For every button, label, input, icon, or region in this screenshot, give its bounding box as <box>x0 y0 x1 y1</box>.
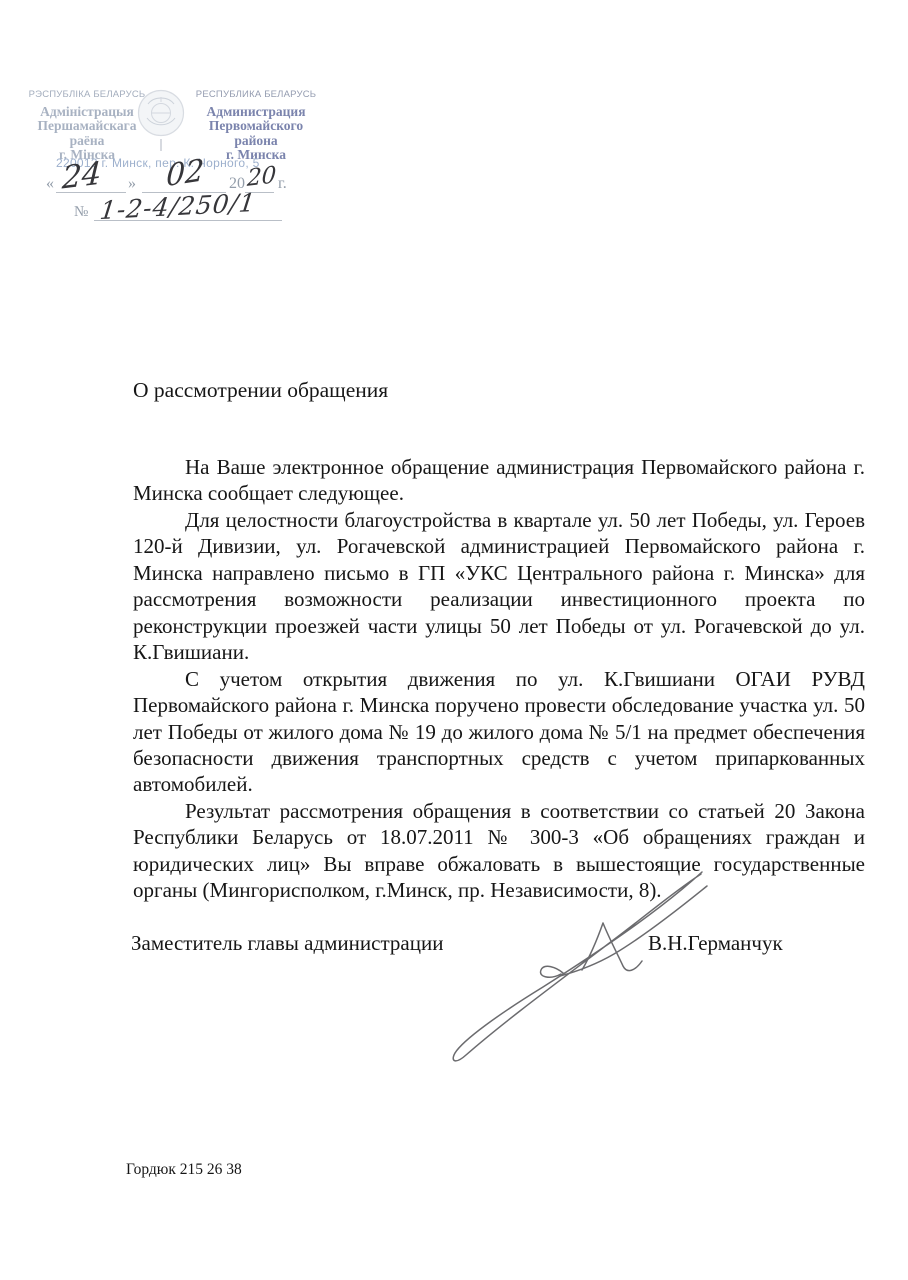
letterhead-org-left-line1: Адміністрацыя <box>28 105 146 120</box>
letterhead-org-right-line3: района <box>186 134 326 149</box>
date-open-quote: « <box>46 175 54 193</box>
signature-position-title: Заместитель главы администрации <box>131 931 443 956</box>
number-blank-underline <box>94 206 282 221</box>
letterhead-right-column: РЕСПУБЛИКА БЕЛАРУСЬ Администрация Первом… <box>186 88 326 163</box>
body-paragraph-3: С учетом открытия движения по ул. К.Гвиш… <box>133 666 865 798</box>
letterhead-org-left-line2: Першамайскага <box>28 119 146 134</box>
date-close-quote: » <box>128 175 136 193</box>
handwritten-signature-icon <box>440 855 720 1075</box>
letterhead-org-right-line2: Первомайского <box>186 119 326 134</box>
body-paragraph-2: Для целостности благоустройства в кварта… <box>133 507 865 666</box>
number-sign: № <box>74 204 88 221</box>
year-suffix-label: г. <box>278 175 287 193</box>
body-paragraph-1: На Ваше электронное обращение администра… <box>133 454 865 507</box>
letterhead-org-right-line1: Администрация <box>186 105 326 120</box>
letterhead-left-column: РЭСПУБЛІКА БЕЛАРУСЬ Адміністрацыя Першам… <box>28 88 146 163</box>
letterhead-org-left-line3: раёна <box>28 134 146 149</box>
letterhead-country-right: РЕСПУБЛИКА БЕЛАРУСЬ <box>186 88 326 103</box>
executor-footer: Гордюк 215 26 38 <box>126 1161 242 1179</box>
coat-of-arms-icon <box>136 87 186 158</box>
letterhead-country-left: РЭСПУБЛІКА БЕЛАРУСЬ <box>28 88 146 103</box>
scanned-letter-page: РЭСПУБЛІКА БЕЛАРУСЬ Адміністрацыя Першам… <box>0 0 908 1280</box>
day-blank-underline <box>56 178 126 193</box>
document-title: О рассмотрении обращения <box>133 378 388 403</box>
document-body: На Ваше электронное обращение администра… <box>133 454 865 904</box>
